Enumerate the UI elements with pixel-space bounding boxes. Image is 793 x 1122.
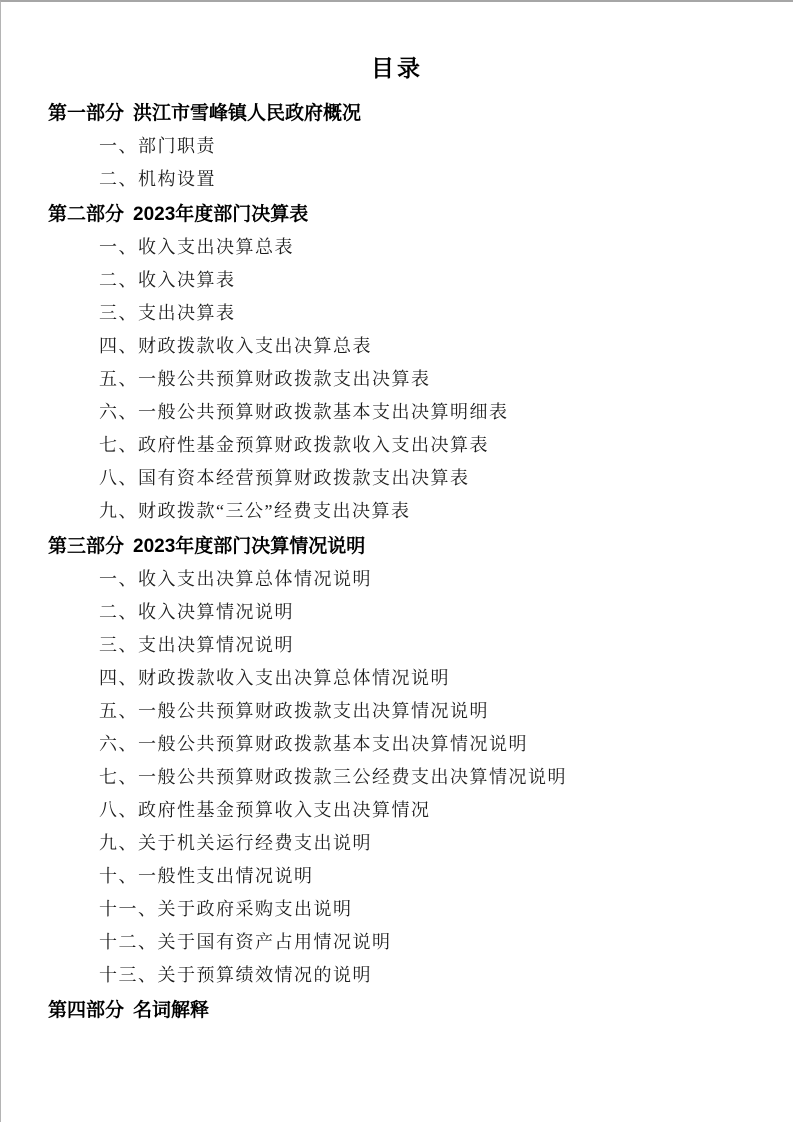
toc-item-text: 八、政府性基金预算收入支出决算情况	[99, 796, 431, 822]
toc-item-text: 六、一般公共预算财政拨款基本支出决算明细表	[99, 398, 509, 424]
toc-item: 十三、关于预算绩效情况的说明	[1, 957, 793, 990]
toc-item: 四、财政拨款收入支出决算总体情况说明	[1, 660, 793, 693]
toc-section-1-label: 第一部分	[48, 98, 124, 125]
toc-item-text: 七、一般公共预算财政拨款三公经费支出决算情况说明	[99, 763, 567, 789]
toc-item: 九、关于机关运行经费支出说明	[1, 825, 793, 858]
table-of-contents: 目录 第一部分 洪江市雪峰镇人民政府概况 一、部门职责 二、机构设置 第二部分 …	[1, 2, 793, 1025]
toc-item: 二、收入决算情况说明	[1, 594, 793, 627]
toc-section-4: 第四部分 名词解释	[1, 992, 793, 1025]
toc-item: 七、一般公共预算财政拨款三公经费支出决算情况说明	[1, 759, 793, 792]
toc-item-text: 七、政府性基金预算财政拨款收入支出决算表	[99, 431, 489, 457]
toc-item: 三、支出决算情况说明	[1, 627, 793, 660]
toc-item: 六、一般公共预算财政拨款基本支出决算情况说明	[1, 726, 793, 759]
toc-item-text: 十一、关于政府采购支出说明	[99, 895, 353, 921]
toc-item: 九、财政拨款“三公”经费支出决算表	[1, 493, 793, 526]
toc-item-text: 九、财政拨款“三公”经费支出决算表	[99, 497, 410, 523]
toc-section-3: 第三部分 2023年度部门决算情况说明	[1, 528, 793, 561]
toc-item-text: 三、支出决算表	[99, 299, 236, 325]
toc-item: 四、财政拨款收入支出决算总表	[1, 328, 793, 361]
toc-item-text: 五、一般公共预算财政拨款支出决算表	[99, 365, 431, 391]
toc-item-text: 三、支出决算情况说明	[99, 631, 294, 657]
toc-section-2-title: 2023年度部门决算表	[133, 199, 308, 226]
toc-item: 二、收入决算表	[1, 262, 793, 295]
toc-section-1: 第一部分 洪江市雪峰镇人民政府概况	[1, 95, 793, 128]
toc-item-text: 十、一般性支出情况说明	[99, 862, 314, 888]
toc-item-text: 一、收入支出决算总体情况说明	[99, 565, 372, 591]
toc-item: 五、一般公共预算财政拨款支出决算表	[1, 361, 793, 394]
toc-item: 三、支出决算表	[1, 295, 793, 328]
toc-item: 一、收入支出决算总表	[1, 229, 793, 262]
toc-section-3-label: 第三部分	[48, 531, 124, 558]
toc-item: 五、一般公共预算财政拨款支出决算情况说明	[1, 693, 793, 726]
toc-item-text: 二、收入决算情况说明	[99, 598, 294, 624]
toc-item-text: 六、一般公共预算财政拨款基本支出决算情况说明	[99, 730, 528, 756]
toc-section-4-title: 名词解释	[133, 995, 209, 1022]
toc-item-text: 二、机构设置	[99, 165, 216, 191]
page-title: 目录	[1, 52, 793, 85]
toc-item: 十、一般性支出情况说明	[1, 858, 793, 891]
toc-item-text: 九、关于机关运行经费支出说明	[99, 829, 372, 855]
toc-item: 一、收入支出决算总体情况说明	[1, 561, 793, 594]
toc-section-4-label: 第四部分	[48, 995, 124, 1022]
toc-item: 六、一般公共预算财政拨款基本支出决算明细表	[1, 394, 793, 427]
toc-item-text: 四、财政拨款收入支出决算总体情况说明	[99, 664, 450, 690]
toc-item: 八、国有资本经营预算财政拨款支出决算表	[1, 460, 793, 493]
toc-item: 一、部门职责	[1, 128, 793, 161]
toc-item-text: 八、国有资本经营预算财政拨款支出决算表	[99, 464, 470, 490]
toc-item: 十一、关于政府采购支出说明	[1, 891, 793, 924]
toc-item-text: 四、财政拨款收入支出决算总表	[99, 332, 372, 358]
toc-section-1-title: 洪江市雪峰镇人民政府概况	[133, 98, 361, 125]
toc-item-text: 二、收入决算表	[99, 266, 236, 292]
toc-section-2-label: 第二部分	[48, 199, 124, 226]
toc-item-text: 一、部门职责	[99, 132, 216, 158]
toc-item: 七、政府性基金预算财政拨款收入支出决算表	[1, 427, 793, 460]
toc-item-text: 一、收入支出决算总表	[99, 233, 294, 259]
toc-section-2: 第二部分 2023年度部门决算表	[1, 196, 793, 229]
toc-item-text: 五、一般公共预算财政拨款支出决算情况说明	[99, 697, 489, 723]
toc-item-text: 十三、关于预算绩效情况的说明	[99, 961, 372, 987]
toc-section-3-title: 2023年度部门决算情况说明	[133, 531, 365, 558]
document-page: 目录 第一部分 洪江市雪峰镇人民政府概况 一、部门职责 二、机构设置 第二部分 …	[0, 0, 793, 1122]
toc-item: 八、政府性基金预算收入支出决算情况	[1, 792, 793, 825]
toc-item: 二、机构设置	[1, 161, 793, 194]
toc-item-text: 十二、关于国有资产占用情况说明	[99, 928, 392, 954]
toc-item: 十二、关于国有资产占用情况说明	[1, 924, 793, 957]
